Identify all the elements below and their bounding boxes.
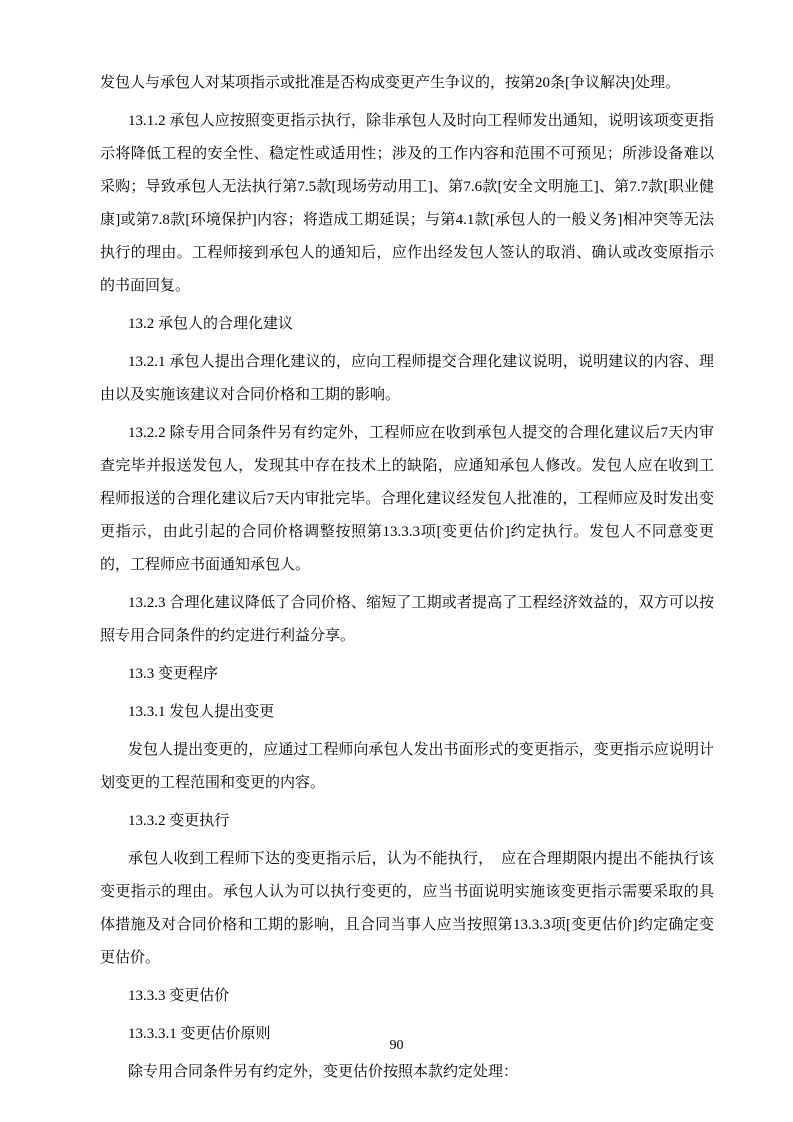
clause-13-2-1: 13.2.1 承包人提出合理化建议的，应向工程师提交合理化建议说明，说明建议的内…	[100, 346, 714, 412]
heading-13-3-2: 13.3.2 变更执行	[100, 805, 714, 838]
clause-13-3-2-body: 承包人收到工程师下达的变更指示后，认为不能执行， 应在合理期限内提出不能执行该变…	[100, 843, 714, 975]
heading-13-3-3: 13.3.3 变更估价	[100, 980, 714, 1013]
heading-13-3: 13.3 变更程序	[100, 658, 714, 691]
page-number: 90	[0, 1036, 793, 1056]
clause-13-3-3-1-body: 除专用合同条件另有约定外，变更估价按照本款约定处理：	[100, 1056, 714, 1089]
clause-13-3-1-body: 发包人提出变更的，应通过工程师向承包人发出书面形式的变更指示，变更指示应说明计划…	[100, 734, 714, 800]
clause-13-1-2: 13.1.2 承包人应按照变更指示执行，除非承包人及时向工程师发出通知，说明该项…	[100, 105, 714, 303]
paragraph-continuation: 发包人与承包人对某项指示或批准是否构成变更产生争议的，按第20条[争议解决]处理…	[100, 67, 714, 100]
clause-13-2-2: 13.2.2 除专用合同条件另有约定外，工程师应在收到承包人提交的合理化建议后7…	[100, 417, 714, 582]
document-body: 发包人与承包人对某项指示或批准是否构成变更产生争议的，按第20条[争议解决]处理…	[100, 62, 714, 1094]
document-page: 发包人与承包人对某项指示或批准是否构成变更产生争议的，按第20条[争议解决]处理…	[0, 0, 793, 1122]
heading-13-2: 13.2 承包人的合理化建议	[100, 308, 714, 341]
clause-13-2-3: 13.2.3 合理化建议降低了合同价格、缩短了工期或者提高了工程经济效益的，双方…	[100, 587, 714, 653]
heading-13-3-1: 13.3.1 发包人提出变更	[100, 696, 714, 729]
